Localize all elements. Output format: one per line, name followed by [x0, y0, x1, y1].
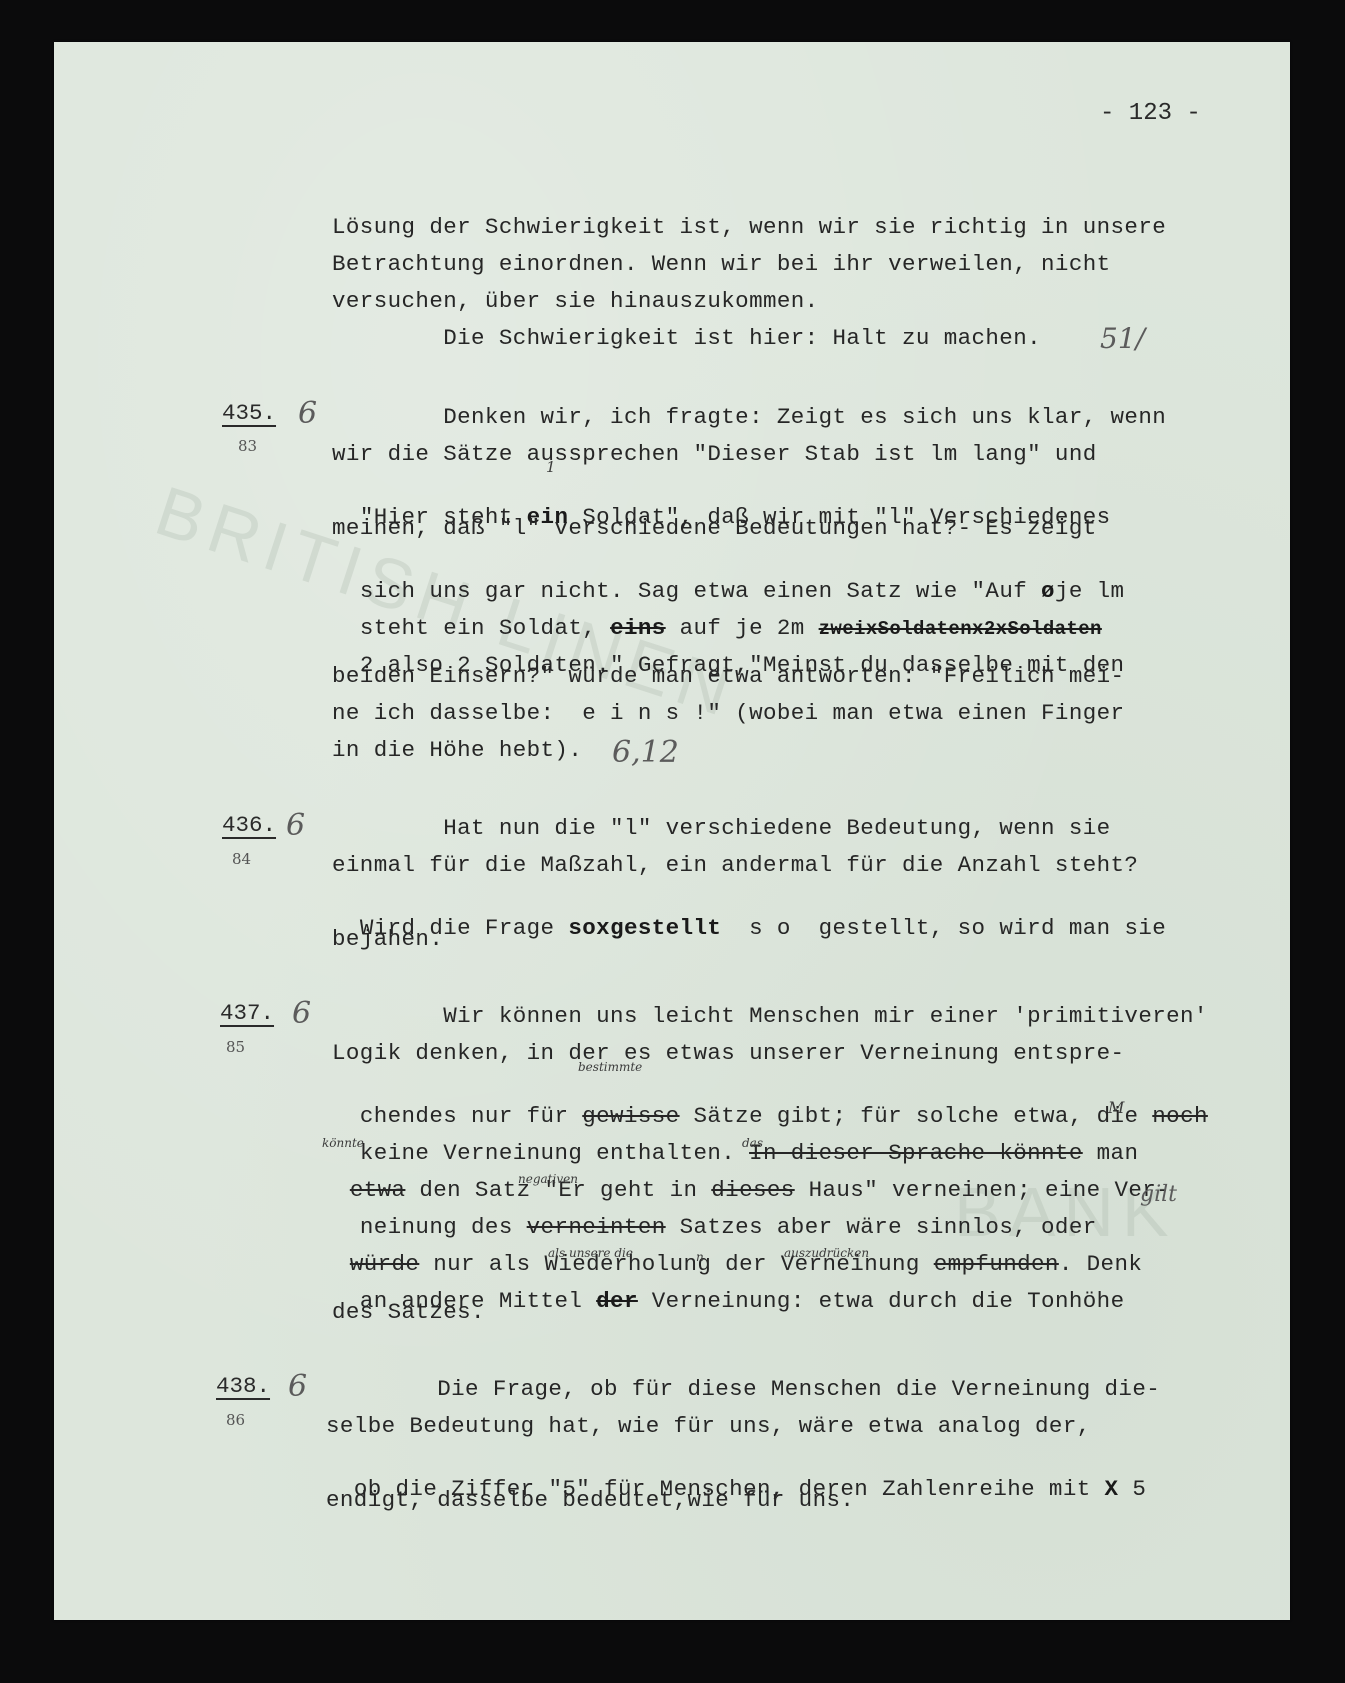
struck-text: X	[1105, 1476, 1119, 1502]
handwritten-insertion: gilt	[1140, 1182, 1177, 1207]
insertion: auszudrücken	[784, 1246, 869, 1260]
text-line: des Satzes.	[332, 1299, 485, 1325]
section-number: 438.	[216, 1373, 270, 1399]
handwritten-mark: 6	[288, 1369, 307, 1404]
handwritten-mark: 6	[298, 396, 317, 431]
text-line: endigt, dasselbe bedeutet,wie für uns.	[326, 1487, 854, 1513]
text-line: Logik denken, in der es etwas unserer Ve…	[332, 1040, 1124, 1066]
insertion: das	[742, 1136, 763, 1150]
handwritten-mark: 6	[286, 808, 305, 843]
text-line: selbe Bedeutung hat, wie für uns, wäre e…	[326, 1413, 1091, 1439]
text-line: versuchen, über sie hinauszukommen.	[332, 288, 819, 314]
text-line: wir die Sätze aussprechen "Dieser Stab i…	[332, 441, 1097, 467]
insertion: könnte	[322, 1136, 364, 1150]
struck-text: der	[596, 1288, 638, 1314]
text-line: Hat nun die "l" verschiedene Bedeutung, …	[332, 815, 1111, 841]
struck-text: soxgestellt	[568, 915, 721, 941]
line-rest: : etwa durch die Tonhöhe	[791, 1288, 1125, 1314]
handwritten-note: 51/	[1100, 322, 1145, 355]
section-number: 437.	[220, 1000, 274, 1026]
reference-number: 84	[232, 850, 251, 868]
text-line: Wird die Frage soxgestellt s o gestellt,…	[332, 889, 1166, 941]
page-number: - 123 -	[1100, 100, 1201, 127]
reference-number: 86	[226, 1411, 245, 1429]
text-line: Die Frage, ob für diese Menschen die Ver…	[326, 1376, 1160, 1402]
text-line: Betrachtung einordnen. Wenn wir bei ihr …	[332, 251, 1111, 277]
insertion: 1	[546, 458, 556, 476]
handwritten-note: 6,12	[612, 735, 679, 770]
text-line: meinen, daß "l" verschiedene Bedeutungen…	[332, 515, 1097, 541]
insertion: als unsere die	[548, 1246, 633, 1260]
text-line: ne ich dasselbe: e i n s !" (wobei man e…	[332, 700, 1124, 726]
handwritten-mark: 6	[292, 996, 311, 1031]
section-number: 436.	[222, 812, 276, 838]
reference-number: 83	[238, 437, 257, 455]
insertion: bestimmte	[578, 1060, 642, 1074]
text-line: einmal für die Maßzahl, ein andermal für…	[332, 852, 1138, 878]
line-rest: s o gestellt, so wird man sie	[721, 915, 1166, 941]
line-mid: Verneinung	[638, 1288, 791, 1314]
text-line: Denken wir, ich fragte: Zeigt es sich un…	[332, 404, 1166, 430]
text-line: beiden Einsern?" würde man etwa antworte…	[332, 663, 1124, 689]
insertion: negativen	[518, 1172, 578, 1186]
section-number: 435.	[222, 400, 276, 426]
struck-text: noch	[1152, 1103, 1208, 1129]
text-line: in die Höhe hebt).	[332, 737, 582, 763]
text-line: Lösung der Schwierigkeit ist, wenn wir s…	[332, 214, 1166, 240]
text-line: bejahen.	[332, 926, 443, 952]
text-line: Wir können uns leicht Menschen mir einer…	[332, 1003, 1208, 1029]
reference-number: 85	[226, 1038, 245, 1056]
line-rest: 5	[1118, 1476, 1146, 1502]
text-line: Die Schwierigkeit ist hier: Halt zu mach…	[332, 325, 1041, 351]
